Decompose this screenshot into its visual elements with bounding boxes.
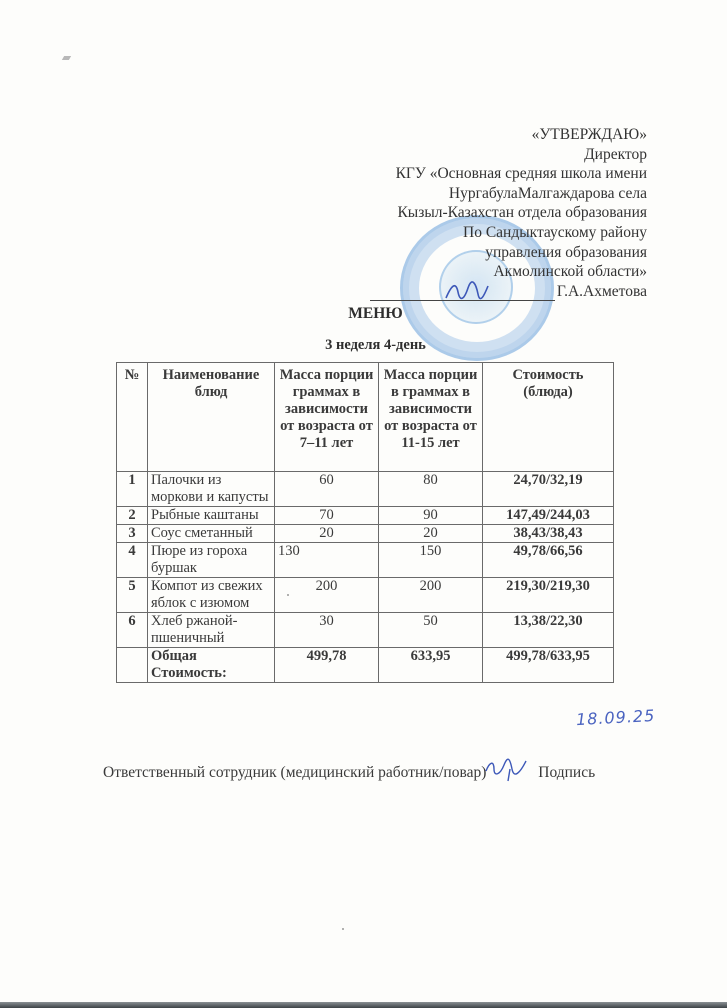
handwritten-date: 18.09.25 xyxy=(576,706,656,729)
approval-line: КГУ «Основная средняя школа имени xyxy=(370,164,647,184)
signatory-row: Г.А.Ахметова xyxy=(370,282,647,302)
header-dish-name: Наименование блюд xyxy=(148,363,275,472)
dish-name: Хлеб ржаной-пшеничный xyxy=(148,613,275,648)
mass-7-11: 200 xyxy=(275,578,379,613)
table-row: 4 Пюре из гороха буршак 130 150 49,78/66… xyxy=(117,543,614,578)
approval-line: «УТВЕРЖДАЮ» xyxy=(370,125,647,145)
header-cost: Стоимость (блюда) xyxy=(483,363,614,472)
row-number: 6 xyxy=(117,613,148,648)
header-mass-11-15: Масса порции в граммах в зависимости от … xyxy=(379,363,483,472)
approval-line: управления образования xyxy=(370,243,647,263)
dish-cost: 147,49/244,03 xyxy=(483,507,614,525)
row-number: 4 xyxy=(117,543,148,578)
table-header-row: № Наименование блюд Масса порции граммах… xyxy=(117,363,614,472)
cook-signature xyxy=(486,763,534,777)
header-mass-7-11: Масса порции граммах в зависимости от во… xyxy=(275,363,379,472)
mass-11-15: 20 xyxy=(379,525,483,543)
mass-7-11: 30 xyxy=(275,613,379,648)
row-number: 3 xyxy=(117,525,148,543)
mass-11-15: 150 xyxy=(379,543,483,578)
scan-speck xyxy=(287,594,289,596)
dish-cost: 219,30/219,30 xyxy=(483,578,614,613)
approval-line: Директор xyxy=(370,145,647,165)
dish-cost: 49,78/66,56 xyxy=(483,543,614,578)
total-11-15: 633,95 xyxy=(379,648,483,683)
table-row: 6 Хлеб ржаной-пшеничный 30 50 13,38/22,3… xyxy=(117,613,614,648)
menu-table: № Наименование блюд Масса порции граммах… xyxy=(116,362,614,683)
responsible-label: Ответственный сотрудник (медицинский раб… xyxy=(103,764,486,781)
scan-edge xyxy=(0,1002,727,1008)
header-number: № xyxy=(117,363,148,472)
dish-cost: 38,43/38,43 xyxy=(483,525,614,543)
table-row: 3 Соус сметанный 20 20 38,43/38,43 xyxy=(117,525,614,543)
total-row: Общая Стоимость: 499,78 633,95 499,78/63… xyxy=(117,648,614,683)
row-number: 1 xyxy=(117,472,148,507)
approval-line: По Сандыктаускому району xyxy=(370,223,647,243)
dish-name: Компот из свежих яблок с изюмом xyxy=(148,578,275,613)
total-cost: 499,78/633,95 xyxy=(483,648,614,683)
dish-cost: 13,38/22,30 xyxy=(483,613,614,648)
dish-name: Пюре из гороха буршак xyxy=(148,543,275,578)
scan-speck xyxy=(342,928,344,930)
signature-line xyxy=(370,286,555,301)
table-row: 1 Палочки из моркови и капусты 60 80 24,… xyxy=(117,472,614,507)
dish-name: Соус сметанный xyxy=(148,525,275,543)
mass-11-15: 200 xyxy=(379,578,483,613)
row-number: 5 xyxy=(117,578,148,613)
mass-11-15: 90 xyxy=(379,507,483,525)
signature-label: Подпись xyxy=(538,764,595,781)
table-row: 2 Рыбные каштаны 70 90 147,49/244,03 xyxy=(117,507,614,525)
document-subtitle: 3 неделя 4-день xyxy=(12,337,727,354)
mass-7-11: 70 xyxy=(275,507,379,525)
cook-signature-icon xyxy=(482,755,532,783)
dish-name: Рыбные каштаны xyxy=(148,507,275,525)
mass-11-15: 80 xyxy=(379,472,483,507)
approval-line: Акмолинской области» xyxy=(370,262,647,282)
approval-line: НургабулаМалгаждарова села xyxy=(370,184,647,204)
dish-cost: 24,70/32,19 xyxy=(483,472,614,507)
signatory-name: Г.А.Ахметова xyxy=(557,283,647,300)
scan-mark xyxy=(62,56,71,60)
mass-7-11: 20 xyxy=(275,525,379,543)
total-number xyxy=(117,648,148,683)
dish-name: Палочки из моркови и капусты xyxy=(148,472,275,507)
table-row: 5 Компот из свежих яблок с изюмом 200 20… xyxy=(117,578,614,613)
document-title: МЕНЮ xyxy=(12,305,727,323)
mass-7-11: 60 xyxy=(275,472,379,507)
footer-signature-line: Ответственный сотрудник (медицинский раб… xyxy=(103,763,595,782)
total-7-11: 499,78 xyxy=(275,648,379,683)
approval-block: «УТВЕРЖДАЮ» Директор КГУ «Основная средн… xyxy=(370,125,647,301)
mass-11-15: 50 xyxy=(379,613,483,648)
total-label: Общая Стоимость: xyxy=(148,648,275,683)
mass-7-11: 130 xyxy=(275,543,379,578)
row-number: 2 xyxy=(117,507,148,525)
approval-line: Кызыл-Казахстан отдела образования xyxy=(370,203,647,223)
